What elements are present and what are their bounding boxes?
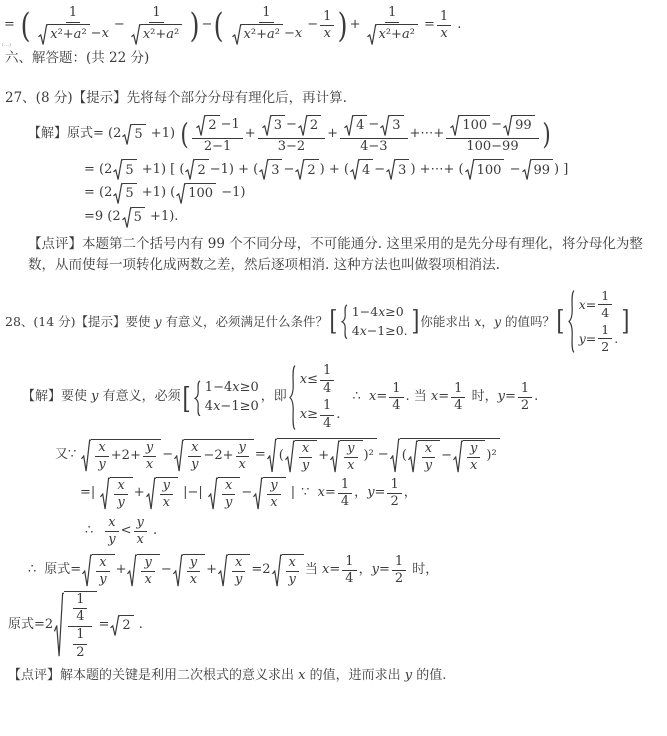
fraction-denominator: x <box>187 572 200 588</box>
math-variable: y <box>99 572 106 587</box>
fraction: yx <box>467 442 480 474</box>
math-run: y <box>137 516 144 531</box>
math-run: − <box>114 17 125 34</box>
fraction-numerator: 1 <box>437 10 451 27</box>
math-variable: y <box>155 314 162 329</box>
math-operator: +1) [ ( <box>138 162 185 177</box>
cjk-text: 【点评】解本题的关键是利用二次根式的意义求出 <box>8 668 298 685</box>
math-operator: 2 <box>208 118 216 133</box>
math-run: = <box>424 17 435 34</box>
fraction-numerator: 1 <box>518 382 532 399</box>
radical: 2 <box>185 159 208 181</box>
math-operator: 100 <box>462 118 487 133</box>
math-variable: y <box>163 478 170 493</box>
math-run: 1 <box>601 289 609 303</box>
radicand: xy <box>228 554 250 588</box>
math-run: y= <box>498 389 516 406</box>
radicand: 3 <box>396 159 409 181</box>
math-operator: 1 <box>76 592 84 607</box>
left-brace-icon <box>568 289 575 354</box>
math-run: x <box>144 573 151 588</box>
math-run: +1) ( <box>138 185 176 202</box>
math-operator: 4 <box>352 323 360 338</box>
big-bracket: ( <box>21 9 31 43</box>
fraction: 1x²+a²−x <box>228 6 306 45</box>
cases-row: x≤14 <box>300 364 341 396</box>
math-run: 100 <box>462 119 487 134</box>
math-operator: 1 <box>323 398 331 413</box>
math-operator: 2 <box>122 618 130 633</box>
fraction-numerator: 1 <box>392 555 406 572</box>
math-run: 1 <box>152 6 160 21</box>
fraction-denominator: 12 <box>68 627 92 660</box>
math-operator: − <box>201 17 212 32</box>
cjk-text: 的值，进而求出 <box>305 668 404 685</box>
math-run: + <box>206 562 217 579</box>
fraction-numerator: y <box>143 441 156 458</box>
fraction: 14 <box>338 478 352 510</box>
math-variable: x <box>470 458 477 473</box>
math-operator: 100−99 <box>466 139 518 154</box>
math-variable: x <box>191 440 198 455</box>
radical-sign-icon <box>253 477 263 511</box>
math-run: 1 <box>440 10 448 25</box>
math-operator: 4 <box>323 381 331 396</box>
radical: xy <box>285 440 317 474</box>
radical-sign-icon <box>100 477 110 511</box>
fraction: xy <box>95 441 108 473</box>
math-operator: . <box>614 331 618 346</box>
fraction: 1x²+a² <box>363 6 422 45</box>
math-operator: = <box>255 447 266 462</box>
radicand: xy <box>92 554 114 588</box>
radicand: 99 <box>532 159 554 181</box>
math-operator: 2 <box>521 398 529 413</box>
math-variable: x <box>318 485 325 500</box>
math-run: y <box>289 573 296 588</box>
math-operator: ²+ <box>251 27 267 42</box>
big-bracket: [ <box>182 384 190 413</box>
math-run: . <box>135 617 143 634</box>
math-run: . <box>534 389 538 406</box>
radicand: (xy−yx)² <box>400 438 500 474</box>
math-run: x= <box>579 297 597 313</box>
radical-sign-icon <box>262 115 272 137</box>
radical: xy <box>272 554 304 588</box>
math-operator: = <box>424 17 435 32</box>
cjk-text: 有意义，必须满足什么条件？ <box>162 314 328 330</box>
math-operator: ²+ <box>150 27 166 42</box>
math-run: 1 <box>76 593 84 608</box>
fraction-denominator: y <box>286 572 299 588</box>
math-run: |−| <box>179 485 207 502</box>
radical-sign-icon <box>295 159 305 181</box>
fraction-numerator: 1 <box>342 555 356 572</box>
radicand: x²+a² <box>242 24 283 46</box>
math-run: x <box>98 441 105 456</box>
math-operator: 4 <box>392 398 400 413</box>
math-operator: − <box>162 447 173 462</box>
fraction-numerator: 1 <box>259 6 273 23</box>
fraction: 100−99100−99 <box>446 115 538 154</box>
radical: 100 <box>450 115 490 137</box>
big-bracket: ] <box>411 308 419 336</box>
radicand: 100 <box>475 159 505 181</box>
math-variable: y <box>372 562 379 577</box>
math-operator: = <box>98 617 109 632</box>
math-run: x <box>298 668 305 685</box>
fraction-denominator: y <box>95 457 108 473</box>
math-run: y <box>270 479 277 494</box>
radical-sign-icon <box>113 183 123 205</box>
math-operator: +1) ( <box>138 185 176 200</box>
problem28-solution-line4: ∴xy<yx . <box>85 516 667 548</box>
radicand: 5 <box>132 207 145 229</box>
math-operator: + <box>206 562 217 577</box>
radical-sign-icon <box>408 440 418 474</box>
radical-sign-icon <box>450 115 460 137</box>
math-run: y <box>239 441 246 456</box>
math-run: =| <box>80 485 99 502</box>
spacer <box>93 531 103 532</box>
math-variable: x <box>425 441 432 456</box>
radical-sign-icon <box>386 159 396 181</box>
fraction-denominator: y <box>114 495 127 511</box>
math-operator: 1 <box>345 554 353 569</box>
radical-sign-icon <box>54 591 64 660</box>
math-run: −1) + ( <box>210 162 258 179</box>
fraction: xy <box>188 441 201 473</box>
math-run: 100 <box>477 163 502 180</box>
fraction-numerator: 1 <box>451 382 465 399</box>
math-operator: 1 <box>521 381 529 396</box>
fraction: 3−23−2 <box>258 115 325 154</box>
math-variable: x <box>347 458 354 473</box>
fraction-numerator: y <box>267 479 280 496</box>
radicand: yx <box>263 477 285 511</box>
radical-sign-icon <box>127 554 137 588</box>
fraction-numerator: 1 <box>598 289 612 305</box>
fraction-denominator: 4 <box>342 571 356 587</box>
cjk-text: 当 <box>305 562 322 579</box>
math-operator: − <box>241 485 252 500</box>
math-operator: +1). <box>146 209 179 224</box>
radical-sign-icon <box>259 159 269 181</box>
math-operator: ∴ <box>28 562 36 577</box>
math-run: . <box>336 407 340 424</box>
cases-group: 1−4x≥04x−1≥0. <box>341 304 408 340</box>
spacer <box>36 570 44 571</box>
math-variable: x <box>108 515 115 530</box>
math-operator: 1 <box>390 477 398 492</box>
math-run: − <box>368 118 379 133</box>
radical-sign-icon <box>81 439 91 473</box>
cases-group: x=14y=12. <box>568 289 618 354</box>
math-variable: y <box>239 440 246 455</box>
math-run: | <box>287 485 296 502</box>
radical: yx <box>146 477 178 511</box>
math-operator: 2−1 <box>204 139 231 154</box>
radical: yx <box>127 554 159 588</box>
math-variable: x <box>98 440 105 455</box>
math-run: x <box>440 27 447 42</box>
radical-sign-icon <box>38 24 48 46</box>
fraction: 2−12−1 <box>192 115 242 154</box>
math-operator: + <box>116 562 127 577</box>
math-operator: − <box>378 447 389 462</box>
math-run: y= <box>579 331 597 347</box>
radical: 5 <box>113 183 136 205</box>
fraction: yx <box>344 442 357 474</box>
math-run: 3 <box>392 119 400 134</box>
math-run: 4 <box>601 306 609 320</box>
math-run: 2 <box>310 119 318 134</box>
math-operator: = <box>586 297 596 312</box>
math-operator: 99 <box>515 118 532 133</box>
math-run: y <box>235 573 242 588</box>
cjk-text: 原式 <box>44 562 70 579</box>
radical: 3 <box>262 115 285 137</box>
radical-sign-icon <box>173 554 183 588</box>
math-run: 1 <box>69 6 77 21</box>
math-operator: = <box>375 485 386 500</box>
cases-row: x≥14. <box>300 399 341 431</box>
math-variable: y <box>289 572 296 587</box>
math-run: 3 <box>271 163 279 180</box>
math-run: +1). <box>146 209 179 226</box>
cases-group: 1−4x≥04x−1≥0 <box>194 380 259 417</box>
radicand: xy+2+yx <box>91 439 161 473</box>
cases-row: 4x−1≥0 <box>205 399 259 416</box>
math-operator: |−| <box>179 485 207 500</box>
math-operator: 1 <box>395 554 403 569</box>
math-operator: 2 <box>76 645 84 660</box>
fraction-numerator: 1 <box>338 478 352 495</box>
math-operator: − <box>286 117 297 132</box>
math-variable: x <box>225 478 232 493</box>
math-operator: = <box>70 562 81 577</box>
math-operator: = <box>505 389 516 404</box>
math-run: 1 <box>601 323 609 337</box>
math-operator: ∴ <box>85 523 93 538</box>
math-variable: x <box>117 478 124 493</box>
math-run: − <box>162 447 173 464</box>
math-variable: x <box>295 26 302 41</box>
radical-sign-icon <box>110 615 120 637</box>
math-variable: y <box>367 485 374 500</box>
math-operator: 4 <box>356 118 364 133</box>
radical: 2 <box>298 115 321 137</box>
math-operator: )² <box>486 448 496 463</box>
math-run: x≤ <box>300 372 318 389</box>
math-variable: x <box>235 555 242 570</box>
math-operator: ∵ <box>301 485 318 500</box>
math-run: = <box>4 17 19 34</box>
math-run: y <box>225 496 232 511</box>
math-run: =2 <box>34 617 53 634</box>
cjk-text: 时， <box>467 389 497 406</box>
fraction: 1x <box>437 10 451 42</box>
fraction-denominator: x <box>267 495 280 511</box>
radicand: yx <box>183 554 205 588</box>
math-variable: y <box>108 532 115 547</box>
radical: 4 <box>344 115 367 137</box>
cases-column: x=14y=12. <box>575 289 618 354</box>
math-operator: . <box>336 407 340 422</box>
fraction: 12 <box>392 555 406 587</box>
fraction-denominator: x²+a²−x <box>228 23 306 46</box>
math-operator: ≥0 <box>240 380 259 395</box>
math-run: y <box>99 573 106 588</box>
math-operator: + <box>350 17 361 32</box>
fraction: 1412 <box>68 593 92 660</box>
cjk-text: 有意义，必须 <box>99 389 181 406</box>
math-run: +1) <box>147 126 180 143</box>
math-run: ∵ x= <box>301 485 336 502</box>
fraction-numerator: 1 <box>320 399 334 416</box>
cjk-text: 的值吗？ <box>501 314 555 330</box>
formula-top-equation: = (1x²+a²−x−1x²+a²)−(1x²+a²−x−1x)+1x²+a²… <box>4 6 667 45</box>
radical: xy <box>100 477 132 511</box>
math-operator: )² <box>364 448 374 463</box>
math-operator: 1 <box>392 381 400 396</box>
math-variable: a <box>267 27 275 42</box>
fraction: xy <box>232 556 245 588</box>
fraction: yx <box>160 479 173 511</box>
math-run: 5 <box>134 127 142 144</box>
radical: xy <box>82 554 114 588</box>
radical-sign-icon <box>453 440 463 474</box>
fraction-numerator: y <box>141 556 154 573</box>
fraction-denominator: y <box>188 457 201 473</box>
cjk-text: 【解】原式 <box>28 126 93 143</box>
fraction-numerator: 1 <box>598 323 612 339</box>
math-run: 3 <box>274 119 282 134</box>
fraction: yx <box>143 441 156 473</box>
fraction-numerator: x <box>286 556 299 573</box>
radical: xy+2+yx <box>81 439 161 473</box>
math-run: 4 <box>345 572 353 587</box>
math-run: 4 <box>356 119 364 134</box>
radical-sign-icon <box>380 115 390 137</box>
math-operator: 1 <box>152 5 160 20</box>
fraction-denominator: 2 <box>518 398 532 414</box>
math-operator: − <box>374 162 385 177</box>
math-operator: ² <box>174 27 179 42</box>
math-operator: 3−2 <box>278 139 305 154</box>
fraction-denominator: 4 <box>338 494 352 510</box>
math-operator: ² <box>275 27 280 42</box>
radical-sign-icon <box>267 438 277 474</box>
math-run: . <box>453 17 461 34</box>
fraction-denominator: 4 <box>451 398 465 414</box>
math-operator: | <box>287 485 296 500</box>
fraction: 12 <box>73 628 87 660</box>
fraction-numerator: x <box>188 441 201 458</box>
math-run: x= <box>322 562 340 579</box>
math-operator: = <box>329 562 340 577</box>
radical-sign-icon <box>367 24 377 46</box>
radical-sign-icon <box>208 477 218 511</box>
fraction: yx <box>236 441 249 473</box>
radical-sign-icon <box>344 115 354 137</box>
radicand: 3 <box>390 115 403 137</box>
radicand: xy <box>295 440 317 474</box>
math-run: +2+ <box>111 448 141 465</box>
math-operator: 2 <box>390 494 398 509</box>
big-bracket: [ <box>329 308 337 336</box>
radicand: 3 <box>272 115 285 137</box>
fraction: yx <box>141 556 154 588</box>
math-run: − <box>161 562 172 579</box>
math-run: . <box>406 389 414 406</box>
radical-sign-icon <box>390 438 400 474</box>
section-header: 六、解答题：(共 22 分) <box>5 49 667 67</box>
radicand: 2 <box>305 159 318 181</box>
radicand: 100 <box>460 115 490 137</box>
radicand: yx <box>137 554 159 588</box>
fraction-numerator: 1 <box>73 593 87 610</box>
cjk-text: ， <box>481 314 494 330</box>
problem28-solution-line2: 又∵ xy+2+yx−xy−2+yx=(xy+yx)²−(xy−yx)² <box>55 438 667 474</box>
math-operator: 99 <box>534 163 551 178</box>
radical-sign-icon <box>272 554 282 588</box>
fraction: 14 <box>320 364 334 396</box>
math-variable: y <box>117 495 124 510</box>
math-variable: y <box>425 458 432 473</box>
math-operator: ² <box>81 27 86 42</box>
radical: 1412 <box>54 591 97 660</box>
math-operator: 5 <box>134 210 142 225</box>
problem28-solution-line5: ∴原式=xy+yx−yx+xy=2xy当 x=14，y=12 时， <box>28 554 667 588</box>
math-run: x²+a² <box>379 28 415 43</box>
math-run: 100 <box>188 186 213 203</box>
math-variable: a <box>402 27 410 42</box>
fraction-denominator: y <box>422 458 435 474</box>
math-variable: x <box>102 26 109 41</box>
fraction: 12 <box>518 382 532 414</box>
fraction-denominator: x²+a² <box>127 23 186 46</box>
math-run: − <box>283 162 294 179</box>
math-run: − <box>201 17 212 34</box>
left-brace-icon <box>341 304 348 340</box>
math-variable: x <box>99 555 106 570</box>
radical-sign-icon <box>176 183 186 205</box>
problem28-solution-line6: 原式=21412=2 . <box>8 591 667 660</box>
math-operator: + <box>134 485 145 500</box>
math-run: 1 <box>395 555 403 570</box>
math-operator: = <box>4 17 19 32</box>
math-operator: +⋯+ <box>410 126 445 141</box>
math-run: 1 <box>521 382 529 397</box>
math-run: y <box>470 442 477 457</box>
math-run: + <box>245 126 256 143</box>
math-run: . <box>614 331 618 347</box>
math-run: ∴ x= <box>352 389 387 406</box>
math-operator: 1 <box>440 9 448 24</box>
cjk-text: 当 <box>414 389 431 406</box>
math-run: 100−99 <box>466 140 518 155</box>
math-run: 4 <box>392 399 400 414</box>
math-operator: 100 <box>477 163 502 178</box>
math-run: )² <box>364 448 374 465</box>
math-operator: + <box>327 126 338 141</box>
fraction-numerator: 1 <box>385 6 399 23</box>
math-operator: 4 <box>76 609 84 624</box>
fraction: 14 <box>389 382 403 414</box>
math-run: − <box>286 118 297 133</box>
math-run: x <box>239 458 246 473</box>
